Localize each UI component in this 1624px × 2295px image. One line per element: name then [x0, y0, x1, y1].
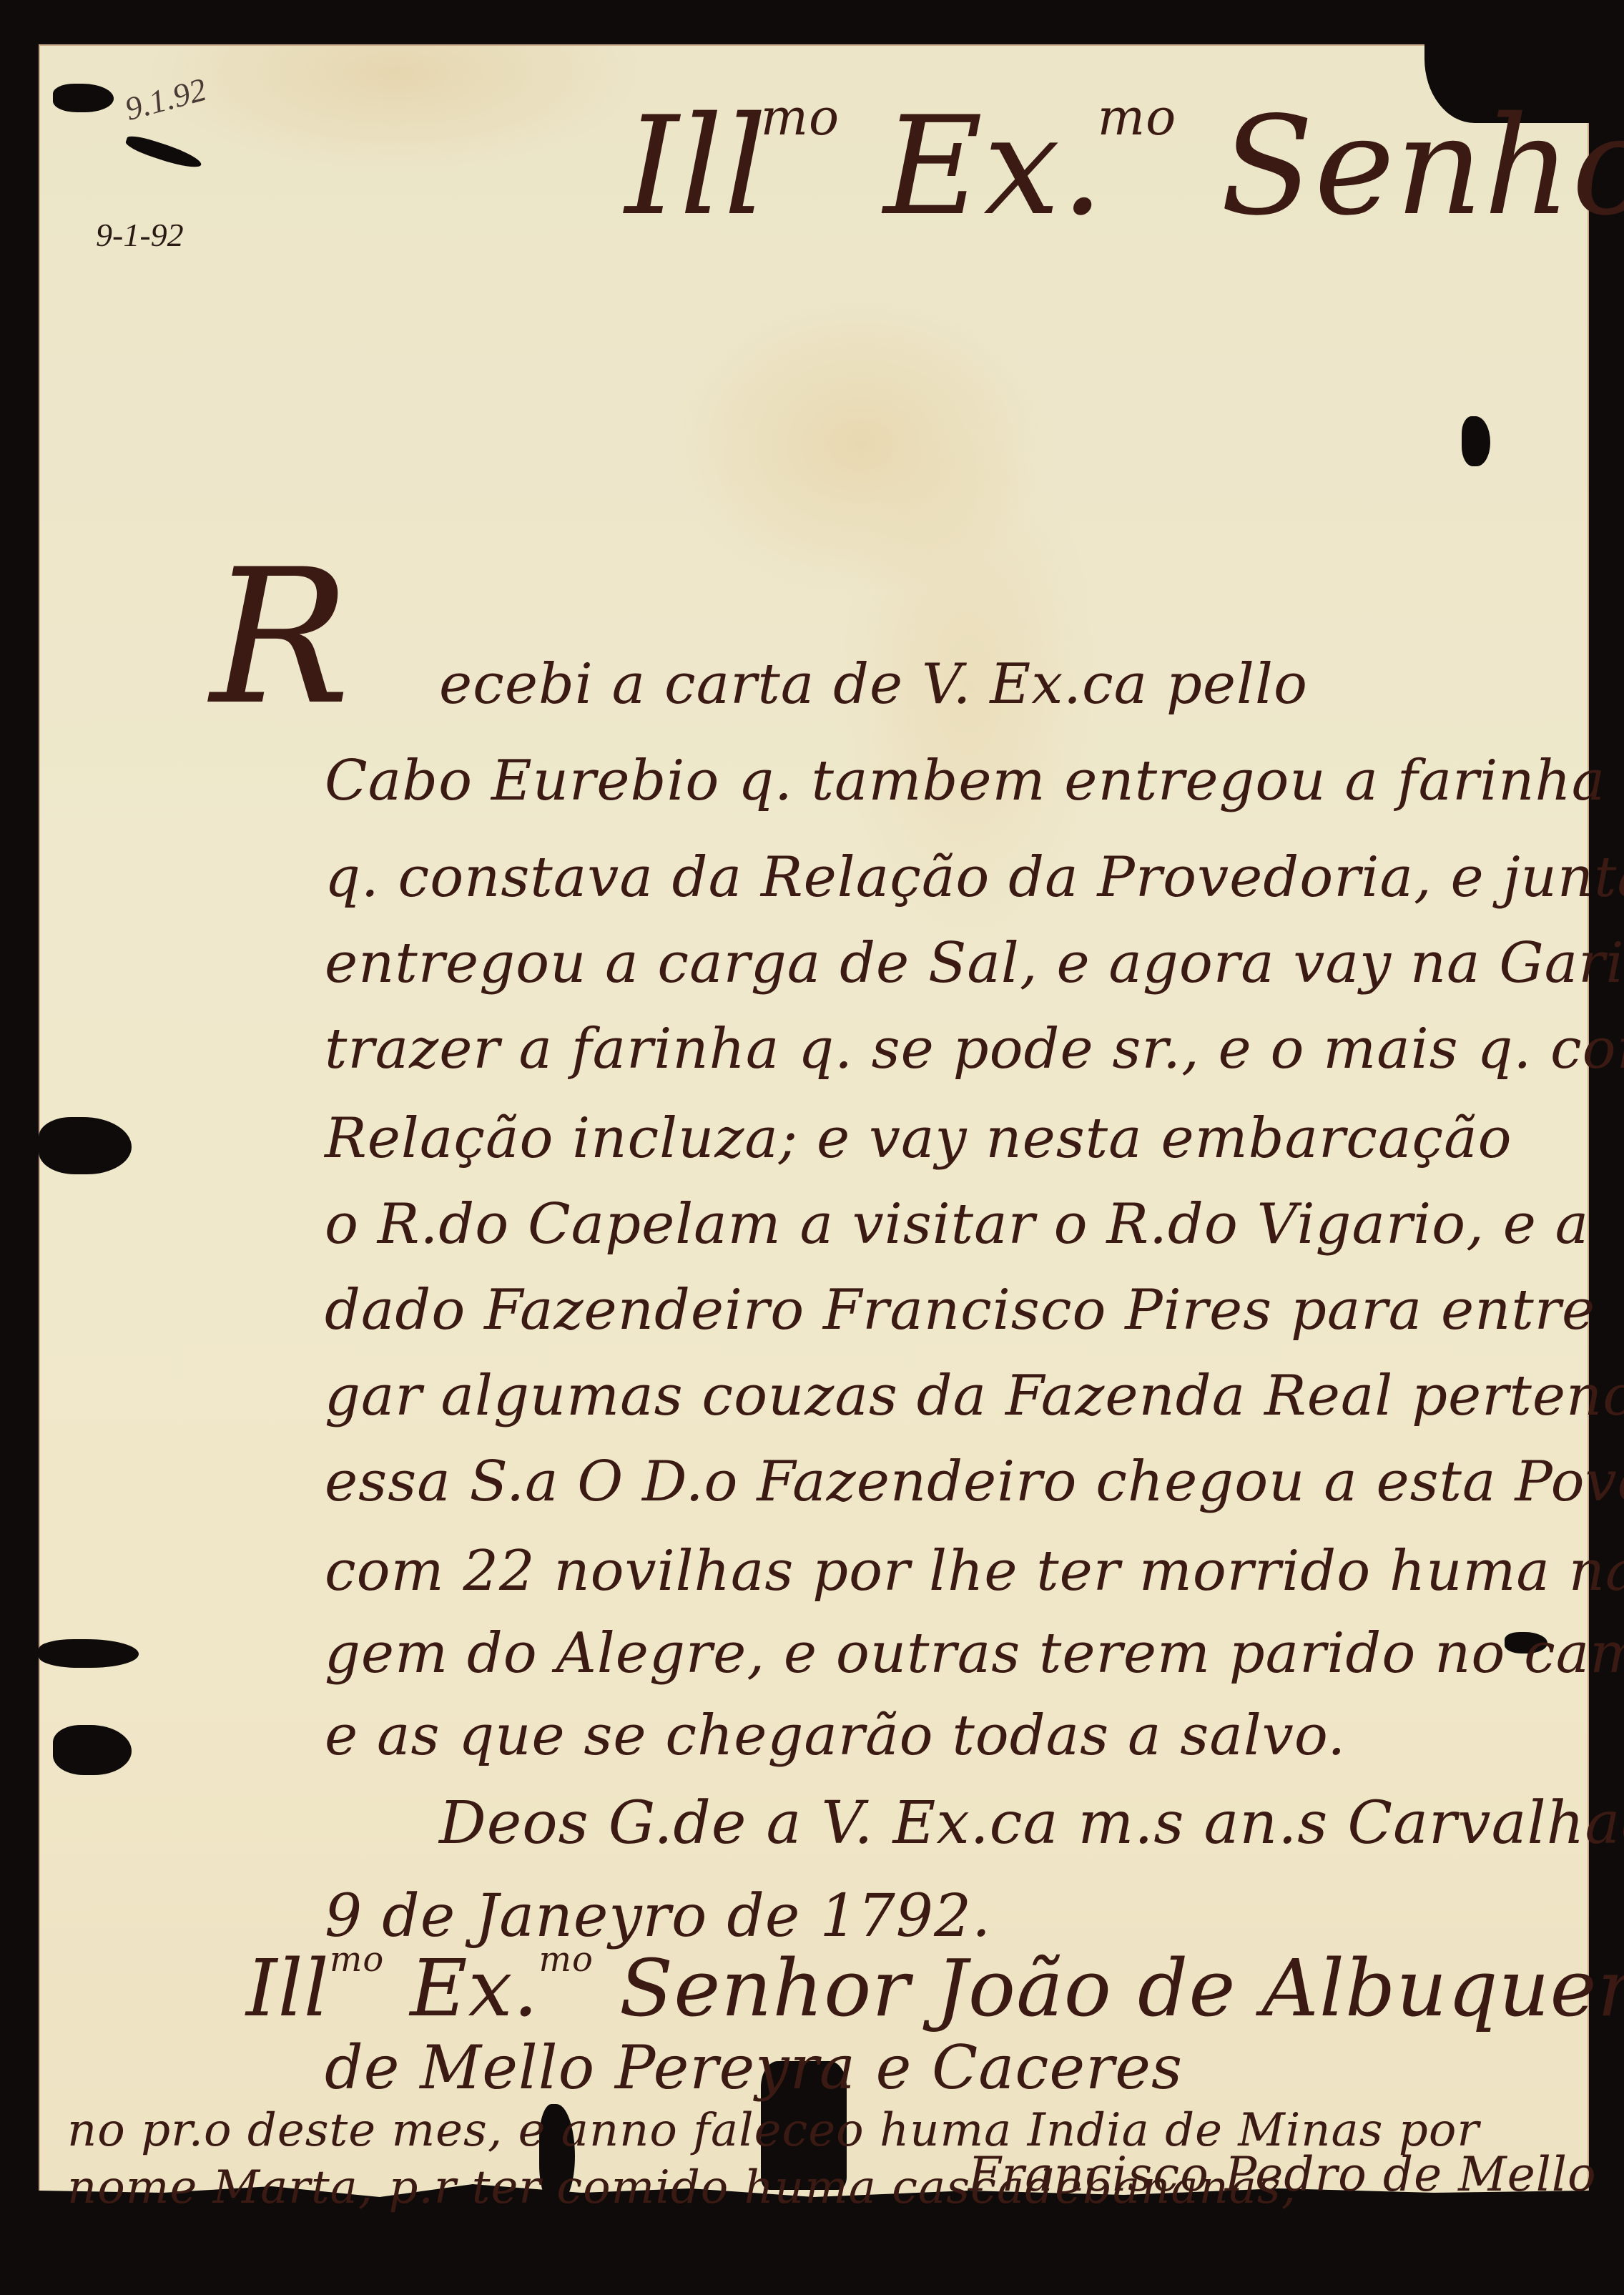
- letter-page: 9.1.92 9-1-92 Illmo Ex.mo Senhor R ecebi…: [39, 44, 1589, 2210]
- body-line-9: gar algumas couzas da Fazenda Real perte…: [325, 1364, 1624, 1428]
- addressee-sup-1: mo: [330, 1940, 384, 1980]
- body-line-2: Cabo Eurebio q. tambem entregou a farinh…: [325, 749, 1605, 813]
- salutation-word: Senhor: [1221, 87, 1624, 245]
- archive-pencil-date: 9.1.92: [121, 70, 210, 128]
- worm-hole: [1462, 416, 1490, 466]
- salutation-abbrev-1: Ill: [625, 87, 768, 245]
- signature: Francisco Pedro de Mello: [968, 2147, 1597, 2202]
- body-line-6: Relação incluza; e vay nesta embarcação: [325, 1106, 1512, 1171]
- addressee-abbrev-1: Ill: [246, 1942, 330, 2034]
- body-line-1: ecebi a carta de V. Ex.ca pello: [439, 652, 1308, 717]
- body-line-11: com 22 novilhas por lhe ter morrido huma…: [325, 1539, 1624, 1603]
- salutation: Illmo Ex.mo Senhor: [625, 87, 1624, 245]
- salutation-abbrev-2: Ex.: [884, 87, 1105, 245]
- body-line-4: entregou a carga de Sal, e agora vay na …: [325, 931, 1624, 996]
- closing-formula: Deos G.de a V. Ex.ca m.s an.s Carvalhaes: [439, 1789, 1624, 1857]
- salutation-sup-2: mo: [1098, 88, 1177, 147]
- body-line-10: essa S.a O D.o Fazendeiro chegou a esta …: [325, 1450, 1624, 1514]
- decorated-initial: R: [210, 545, 351, 731]
- addressee-name: Senhor João de Albuquerque: [619, 1942, 1624, 2034]
- addressee-abbrev-2: Ex.: [410, 1942, 538, 2034]
- archive-ink-date: 9-1-92: [96, 216, 184, 254]
- worm-hole: [39, 1639, 139, 1668]
- worm-hole: [39, 1117, 132, 1174]
- addressee-line-2: de Mello Pereyra e Caceres: [325, 2033, 1183, 2103]
- body-line-12: gem do Alegre, e outras terem parido no …: [325, 1621, 1624, 1686]
- addressee-sup-2: mo: [539, 1940, 594, 1980]
- worm-hole: [53, 1725, 132, 1775]
- body-line-13: e as que se chegarão todas a salvo.: [325, 1704, 1346, 1768]
- body-line-5: trazer a farinha q. se pode sr., e o mai…: [325, 1017, 1624, 1081]
- salutation-sup-1: mo: [761, 88, 840, 147]
- addressee-line-1: Illmo Ex.mo Senhor João de Albuquerque: [246, 1940, 1624, 2034]
- body-line-7: o R.do Capelam a visitar o R.do Vigario,…: [325, 1192, 1589, 1257]
- worm-hole: [124, 133, 203, 172]
- body-line-8: dado Fazendeiro Francisco Pires para ent…: [325, 1278, 1595, 1342]
- worm-hole: [53, 84, 114, 112]
- body-line-3: q. constava da Relação da Provedoria, e …: [325, 845, 1624, 910]
